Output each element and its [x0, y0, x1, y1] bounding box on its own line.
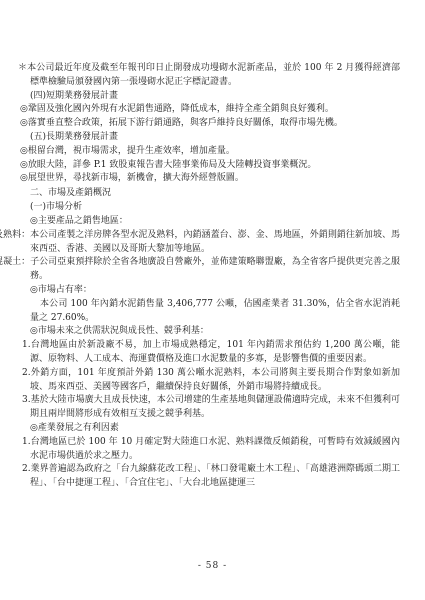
outlook-item: 3.基於大陸市場廣大且成長快速，本公司增建的生產基地與儲運設備適時完成，未來不但… — [30, 394, 400, 422]
short-term-item: ◎鞏固及強化國內外現有水泥銷售通路，降低成本，維持全產全銷與良好獲利。 — [30, 103, 400, 117]
product-cement-row: 水泥及熟料：本公司產製之洋房牌各型水泥及熟料，內銷涵蓋台、澎、金、馬地區，外銷則… — [30, 229, 400, 257]
favorable-item: 1.台灣地區已於 100 年 10 月確定對大陸進口水泥、熟料課徵反傾銷稅，可暫… — [30, 436, 400, 464]
long-term-item: ◎放眼大陸，詳參 P.1 致股東報告書大陸事業佈局及大陸轉投資事業概況。 — [30, 159, 400, 173]
outlook-item: 2.外銷方面，101 年度預計外銷 130 萬公噸水泥熟料，本公司將與主要長期合… — [30, 367, 400, 395]
heading-outlook: ◎市場未來之供需狀況與成長性、競爭利基： — [30, 325, 400, 339]
heading-long-term-plan: (五)長期業務發展計畫 — [30, 131, 400, 145]
heading-market-section: 二、市場及產銷概況 — [30, 186, 400, 201]
star-note: ＊本公司最近年度及截至年報刊印日止開發成功墁砌水泥新產品，並於 100 年 2 … — [30, 62, 400, 90]
heading-market-analysis: (一)市場分析 — [30, 201, 400, 215]
page-number: - 58 - — [0, 560, 425, 574]
product-label: 預拌混凝土： — [0, 257, 30, 267]
heading-market-share: ◎市場占有率： — [30, 284, 400, 298]
heading-favorable-factors: ◎產業發展之有利因素 — [30, 422, 400, 436]
favorable-item: 2.業界普遍認為政府之「台九線蘇花改工程」、「林口發電廠土木工程」、「高雄港洲際… — [30, 463, 400, 491]
product-text: 本公司產製之洋房牌各型水泥及熟料，內銷涵蓋台、澎、金、馬地區，外銷則銷往新加坡、… — [30, 230, 400, 254]
long-term-item: ◎根留台灣，視市場需求，提升生產效率，增加產量。 — [30, 145, 400, 159]
short-term-item: ◎落實垂直整合政策，拓展下游行銷通路，與客戶維持良好關係，取得市場先機。 — [30, 117, 400, 131]
outlook-item: 1.台灣地區由於新設廠不易，加上市場成熟穩定，101 年內銷需求預估約 1,20… — [30, 339, 400, 367]
product-concrete-row: 預拌混凝土：子公司亞東預拌除於全省各地廣設自營廠外，並佈建策略聯盟廠，為全省客戶… — [30, 256, 400, 284]
heading-short-term-plan: (四)短期業務發展計畫 — [30, 90, 400, 104]
heading-sales-regions: ◎主要產品之銷售地區： — [30, 215, 400, 229]
long-term-item: ◎展望世界，尋找新市場，新機會，擴大海外經營版圖。 — [30, 172, 400, 186]
report-page: ＊本公司最近年度及截至年報刊印日止開發成功墁砌水泥新產品，並於 100 年 2 … — [0, 0, 425, 600]
product-text: 子公司亞東預拌除於全省各地廣設自營廠外，並佈建策略聯盟廠，為全省客戶提供更完善之… — [30, 257, 400, 281]
market-share-paragraph: 本公司 100 年內銷水泥銷售量 3,406,777 公噸，佔國產業者 31.3… — [30, 298, 400, 326]
product-label: 水泥及熟料： — [0, 230, 30, 240]
